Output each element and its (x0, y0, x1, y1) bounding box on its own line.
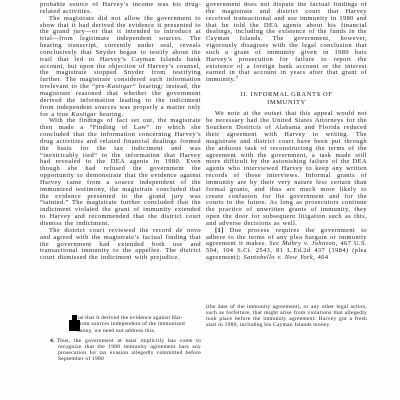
footnote-line: mony, we need not address this. (78, 328, 201, 334)
section-heading-line2: IMMUNITY (206, 99, 367, 107)
text-run: and agreed with the magistrate’s factual… (40, 234, 201, 262)
paragraph: probable source of Harvey’s income was h… (40, 2, 201, 16)
footnote-4: 4.Thus, the government at least implicit… (50, 338, 201, 362)
document-page: probable source of Harvey’s income was h… (0, 0, 400, 400)
text-run: With the findings of fact set out, the m… (40, 117, 201, 227)
footnote-text: Thus, the government at least implicitly… (57, 338, 201, 362)
text-run: 404 (315, 254, 328, 261)
text-run: government does not dispute the factual … (206, 2, 367, 83)
paragraph: We note at the outset that this appeal w… (206, 111, 367, 227)
text-run: probable source of Harvey’s income was h… (40, 2, 201, 15)
redaction-mark-large (69, 320, 80, 331)
footnote-3-fragment: ue that it derived the evidence against … (78, 315, 201, 333)
two-column-layout: probable source of Harvey’s income was h… (40, 2, 367, 400)
left-column-footnotes: ue that it derived the evidence against … (40, 315, 201, 364)
right-column-body: We note at the outset that this appeal w… (206, 111, 367, 262)
right-column: government does not dispute the factual … (206, 2, 367, 364)
paragraph: With the findings of fact set out, the m… (40, 118, 201, 228)
left-column-body: probable source of Harvey’s income was h… (40, 2, 201, 262)
footnote-4-continuation: (the date of the immunity agreement), or… (206, 304, 367, 328)
italic-run: Santobello v. New York, (244, 254, 316, 261)
paragraph: The magistrate did not allow the governm… (40, 16, 201, 119)
section-heading: II. INFORMAL GRANTS OF IMMUNITY (206, 91, 367, 106)
text-run: The magistrate did not allow the governm… (40, 15, 201, 90)
paragraph: [1] Due process requires the government … (206, 228, 367, 262)
text-run: We note at the outset that this appeal w… (206, 110, 367, 227)
section-heading-line1: II. INFORMAL GRANTS OF (206, 91, 367, 99)
footnote-line: from sources independent of the immunize… (78, 321, 201, 327)
right-column-top-body: government does not dispute the factual … (206, 2, 367, 84)
footnote-ref: 4 (236, 74, 238, 79)
paragraph: government does not dispute the factual … (206, 2, 367, 84)
paragraph: The district court reviewed the record d… (40, 228, 201, 262)
left-column: probable source of Harvey’s income was h… (40, 2, 201, 364)
footnote-number: 4. (50, 338, 57, 344)
